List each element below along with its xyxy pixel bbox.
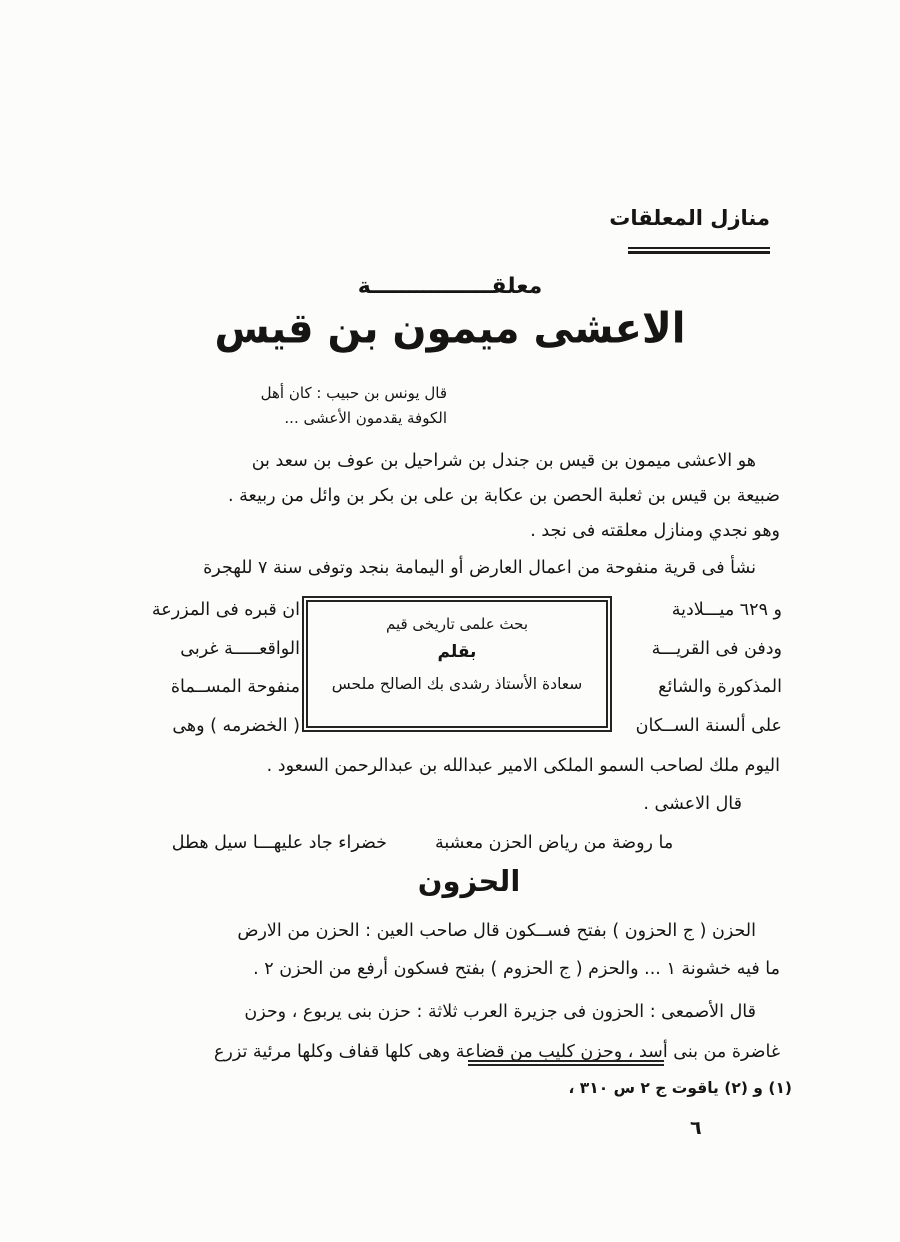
asmai-paragraph: قال الأصمعى : الحزون فى جزيرة العرب ثلاث…	[118, 992, 780, 1072]
wrap-left-line: ان قبره فى المزرعة	[128, 591, 300, 630]
lexicon-line-1: الحزن ( ج الحزون ) بفتح فســكون قال صاحب…	[118, 912, 780, 950]
bio-line-2: ضبيعة بن قيس بن ثعلبة الحصن بن عكابة بن …	[118, 479, 780, 514]
verse-hemistich-1: ما روضة من رياض الحزن معشبة	[435, 833, 673, 853]
wrap-right-line: ودفن فى القريـــة	[614, 630, 782, 669]
wrap-left-line: منفوحة المســماة	[128, 668, 300, 707]
page-title: الاعشى ميمون بن قيس	[0, 305, 900, 353]
page-number: ٦	[690, 1117, 702, 1139]
wrap-right-line: المذكورة والشائع	[614, 668, 782, 707]
study-box-subject: بحث علمى تاريخى قيم	[308, 615, 606, 633]
wrap-right-line: على ألسنة الســكان	[614, 707, 782, 746]
running-head: منازل المعلقات	[609, 206, 770, 230]
footnote-rule	[468, 1060, 664, 1066]
wrap-right-column: و ٦٢٩ ميـــلادية ودفن فى القريـــة المذك…	[614, 591, 782, 745]
running-head-rule	[628, 247, 770, 254]
asmai-line-2: غاضرة من بنى أسد ، وحزن كليب من قضاعة وه…	[118, 1032, 780, 1072]
asmai-line-1: قال الأصمعى : الحزون فى جزيرة العرب ثلاث…	[118, 992, 780, 1032]
birth-line: نشأ فى قرية منفوحة من اعمال العارض أو ال…	[118, 553, 780, 583]
lexicon-paragraph: الحزن ( ج الحزون ) بفتح فســكون قال صاحب…	[118, 912, 780, 988]
study-box-byline: بقلم	[308, 642, 606, 662]
intro-quote: قال يونس بن حبيب : كان أهل الكوفة يقدمون…	[225, 381, 447, 431]
lexicon-line-2: ما فيه خشونة ١ ... والحزم ( ج الحزوم ) ب…	[118, 950, 780, 988]
scanned-book-page: منازل المعلقات معلقــــــــــــــــة الا…	[0, 0, 900, 1242]
poet-said-line: قال الاعشى .	[643, 794, 742, 814]
bio-line-1: هو الاعشى ميمون بن قيس بن جندل بن شراحيل…	[118, 444, 780, 479]
intro-quote-line-1: قال يونس بن حبيب : كان أهل	[225, 381, 447, 406]
wrap-right-line: و ٦٢٩ ميـــلادية	[614, 591, 782, 630]
muallaqa-kashida-word: معلقــــــــــــــــة	[0, 274, 900, 299]
intro-quote-line-2: الكوفة يقدمون الأعشى ...	[225, 406, 447, 431]
wrap-left-line: الواقعـــــة غربى	[128, 630, 300, 669]
wrap-left-line: ( الخضرمه ) وهى	[128, 707, 300, 746]
continuation-line: اليوم ملك لصاحب السمو الملكى الامير عبدا…	[118, 751, 780, 781]
study-box-author: سعادة الأستاذ رشدى بك الصالح ملحس	[308, 675, 606, 693]
section-heading-hazoon: الحزون	[0, 864, 900, 898]
verse-hemistich-2: خضراء جاد عليهـــا سيل هطل	[172, 833, 387, 853]
biography-paragraph: هو الاعشى ميمون بن قيس بن جندل بن شراحيل…	[118, 444, 780, 549]
footnote-text: (١) و (٢) ياقوت ج ٢ س ٣١٠ ،	[568, 1079, 792, 1097]
wrap-left-column: ان قبره فى المزرعة الواقعـــــة غربى منف…	[128, 591, 300, 745]
bio-line-3: وهو نجدي ومنازل معلقته فى نجد .	[118, 514, 780, 549]
study-box: بحث علمى تاريخى قيم بقلم سعادة الأستاذ ر…	[302, 596, 612, 732]
verse-line: ما روضة من رياض الحزن معشبة خضراء جاد عل…	[100, 833, 745, 853]
